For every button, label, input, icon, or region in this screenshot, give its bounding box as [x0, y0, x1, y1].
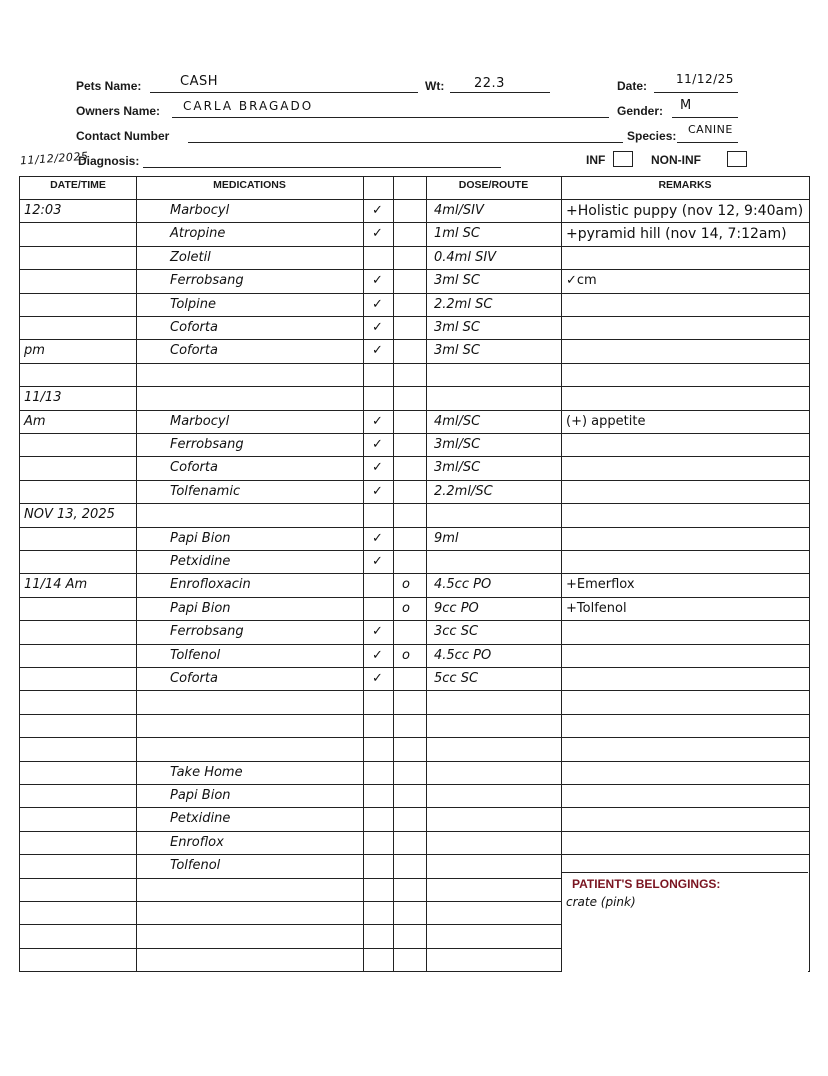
cell-check-1[interactable]: ✓ — [372, 436, 383, 454]
gender-label: Gender: — [617, 104, 663, 118]
cell-check-1[interactable]: ✓ — [372, 459, 383, 477]
pets-name-field[interactable]: CASH — [180, 74, 218, 89]
cell-datetime[interactable]: NOV 13, 2025 — [24, 506, 115, 524]
row-divider — [20, 386, 809, 387]
noninf-checkbox[interactable] — [727, 151, 747, 167]
cell-check-1[interactable]: ✓ — [372, 296, 383, 314]
cell-datetime[interactable]: 11/13 — [24, 389, 61, 407]
wt-underline — [450, 92, 550, 93]
cell-medication[interactable]: Coforta — [170, 459, 218, 477]
cell-medication[interactable]: Papi Bion — [170, 787, 231, 805]
cell-remarks[interactable]: (+) appetite — [566, 413, 645, 431]
row-divider — [20, 831, 809, 832]
cell-medication[interactable]: Petxidine — [170, 553, 230, 571]
cell-check-1[interactable]: ✓ — [372, 623, 383, 641]
cell-medication[interactable]: Take Home — [170, 764, 243, 782]
cell-medication[interactable]: Tolpine — [170, 296, 216, 314]
cell-datetime[interactable]: pm — [24, 342, 45, 360]
row-divider — [20, 878, 561, 879]
cell-dose-route[interactable]: 4.5cc PO — [434, 576, 491, 594]
row-divider — [20, 807, 809, 808]
cell-datetime[interactable]: Am — [24, 413, 46, 431]
row-divider — [20, 901, 561, 902]
date-label: Date: — [617, 79, 647, 93]
row-divider — [20, 784, 809, 785]
cell-check-1[interactable]: ✓ — [372, 342, 383, 360]
cell-dose-route[interactable]: 4.5cc PO — [434, 647, 491, 665]
row-divider — [20, 363, 809, 364]
row-divider — [20, 854, 809, 855]
cell-check-1[interactable]: ✓ — [372, 483, 383, 501]
cell-check-1[interactable]: ✓ — [372, 670, 383, 688]
cell-dose-route[interactable]: 3ml/SC — [434, 436, 480, 454]
cell-medication[interactable]: Petxidine — [170, 810, 230, 828]
gender-field[interactable]: M — [680, 98, 692, 113]
row-divider — [20, 480, 809, 481]
cell-check-1[interactable]: ✓ — [372, 202, 383, 220]
date-field[interactable]: 11/12/25 — [676, 72, 734, 86]
cell-medication[interactable]: Coforta — [170, 670, 218, 688]
cell-dose-route[interactable]: 3cc SC — [434, 623, 478, 641]
row-divider — [20, 550, 809, 551]
cell-remarks[interactable]: +Emerflox — [566, 576, 635, 594]
cell-datetime[interactable]: 11/14 Am — [24, 576, 87, 594]
belongings-label: PATIENT'S BELONGINGS: — [572, 877, 720, 891]
cell-medication[interactable]: Coforta — [170, 342, 218, 360]
cell-check-1[interactable]: ✓ — [372, 319, 383, 337]
pets-name-label: Pets Name: — [76, 79, 141, 93]
row-divider — [20, 503, 809, 504]
cell-dose-route[interactable]: 9ml — [434, 530, 459, 548]
row-divider — [20, 737, 809, 738]
cell-check-2[interactable]: o — [402, 576, 410, 594]
owners-name-underline — [172, 117, 609, 118]
cell-medication[interactable]: Ferrobsang — [170, 436, 244, 454]
row-divider — [20, 667, 809, 668]
row-divider — [20, 644, 809, 645]
row-divider — [20, 620, 809, 621]
wt-field[interactable]: 22.3 — [474, 76, 505, 91]
cell-medication[interactable]: Coforta — [170, 319, 218, 337]
inf-label: INF — [586, 153, 605, 167]
cell-medication[interactable]: Tolfenol — [170, 857, 220, 875]
medication-table: DATE/TIME MEDICATIONS DOSE/ROUTE REMARKS… — [19, 176, 810, 972]
pets-name-underline — [150, 92, 418, 93]
cell-medication[interactable]: Marbocyl — [170, 413, 229, 431]
cell-check-1[interactable]: ✓ — [372, 272, 383, 290]
cell-datetime[interactable]: 12:03 — [24, 202, 61, 220]
row-divider — [20, 222, 809, 223]
row-divider — [20, 339, 809, 340]
cell-medication[interactable]: Tolfenamic — [170, 483, 240, 501]
row-divider — [20, 246, 809, 247]
date-underline — [654, 92, 738, 93]
row-divider — [20, 761, 809, 762]
row-divider — [20, 527, 809, 528]
cell-dose-route[interactable]: 2.2ml SC — [434, 296, 492, 314]
col-header-remarks: REMARKS — [561, 179, 809, 191]
cell-dose-route[interactable]: 3ml SC — [434, 319, 480, 337]
cell-dose-route[interactable]: 3ml SC — [434, 342, 480, 360]
cell-check-2[interactable]: o — [402, 600, 410, 618]
cell-medication[interactable]: Ferrobsang — [170, 623, 244, 641]
noninf-label: NON-INF — [651, 153, 701, 167]
cell-medication[interactable]: Atropine — [170, 225, 225, 243]
row-divider — [20, 948, 561, 949]
wt-label: Wt: — [425, 79, 444, 93]
row-divider — [20, 714, 809, 715]
row-divider — [20, 316, 809, 317]
cell-dose-route[interactable]: 0.4ml SIV — [434, 249, 496, 267]
cell-dose-route[interactable]: 4ml/SC — [434, 413, 480, 431]
cell-check-1[interactable]: ✓ — [372, 530, 383, 548]
cell-check-1[interactable]: ✓ — [372, 647, 383, 665]
cell-dose-route[interactable]: 1ml SC — [434, 225, 480, 243]
diagnosis-underline — [143, 167, 501, 168]
cell-medication[interactable]: Marbocyl — [170, 202, 229, 220]
species-underline — [677, 142, 738, 143]
inf-checkbox[interactable] — [613, 151, 633, 167]
species-label: Species: — [627, 129, 676, 143]
cell-medication[interactable]: Ferrobsang — [170, 272, 244, 290]
cell-dose-route[interactable]: 3ml/SC — [434, 459, 480, 477]
col-header-dose-route: DOSE/ROUTE — [426, 179, 561, 191]
cell-dose-route[interactable]: 9cc PO — [434, 600, 479, 618]
contact-underline — [188, 142, 623, 143]
diagnosis-label: Diagnosis: — [78, 154, 139, 168]
cell-check-1[interactable]: ✓ — [372, 413, 383, 431]
cell-medication[interactable]: Papi Bion — [170, 530, 231, 548]
contact-label: Contact Number — [76, 129, 169, 143]
species-field[interactable]: CANINE — [688, 123, 733, 136]
cell-medication[interactable]: Papi Bion — [170, 600, 231, 618]
cell-remarks[interactable]: ✓cm — [566, 272, 597, 290]
belongings-value[interactable]: crate (pink) — [566, 893, 636, 911]
row-divider — [20, 433, 809, 434]
row-divider — [20, 456, 809, 457]
cell-dose-route[interactable]: 3ml SC — [434, 272, 480, 290]
cell-dose-route[interactable]: 4ml/SIV — [434, 202, 484, 220]
owners-name-label: Owners Name: — [76, 104, 160, 118]
row-divider — [20, 269, 809, 270]
cell-remarks[interactable]: +Tolfenol — [566, 600, 627, 618]
cell-medication[interactable]: Tolfenol — [170, 647, 220, 665]
cell-medication[interactable]: Zoletil — [170, 249, 211, 267]
row-divider — [20, 690, 809, 691]
row-divider — [20, 924, 561, 925]
cell-check-2[interactable]: o — [402, 647, 410, 665]
col-header-medications: MEDICATIONS — [136, 179, 363, 191]
row-divider — [20, 410, 809, 411]
cell-remarks[interactable]: +Holistic puppy (nov 12, 9:40am) — [566, 202, 803, 220]
row-divider — [20, 293, 809, 294]
cell-check-1[interactable]: ✓ — [372, 225, 383, 243]
owners-name-field[interactable]: CARLA BRAGADO — [183, 99, 313, 113]
col-header-datetime: DATE/TIME — [20, 179, 136, 191]
row-divider — [20, 597, 809, 598]
cell-dose-route[interactable]: 5cc SC — [434, 670, 478, 688]
gender-underline — [672, 117, 738, 118]
cell-medication[interactable]: Enrofloxacin — [170, 576, 251, 594]
cell-check-1[interactable]: ✓ — [372, 553, 383, 571]
row-divider — [20, 573, 809, 574]
cell-medication[interactable]: Enroflox — [170, 834, 224, 852]
row-divider — [20, 199, 809, 200]
cell-dose-route[interactable]: 2.2ml/SC — [434, 483, 493, 501]
cell-remarks[interactable]: +pyramid hill (nov 14, 7:12am) — [566, 225, 787, 243]
